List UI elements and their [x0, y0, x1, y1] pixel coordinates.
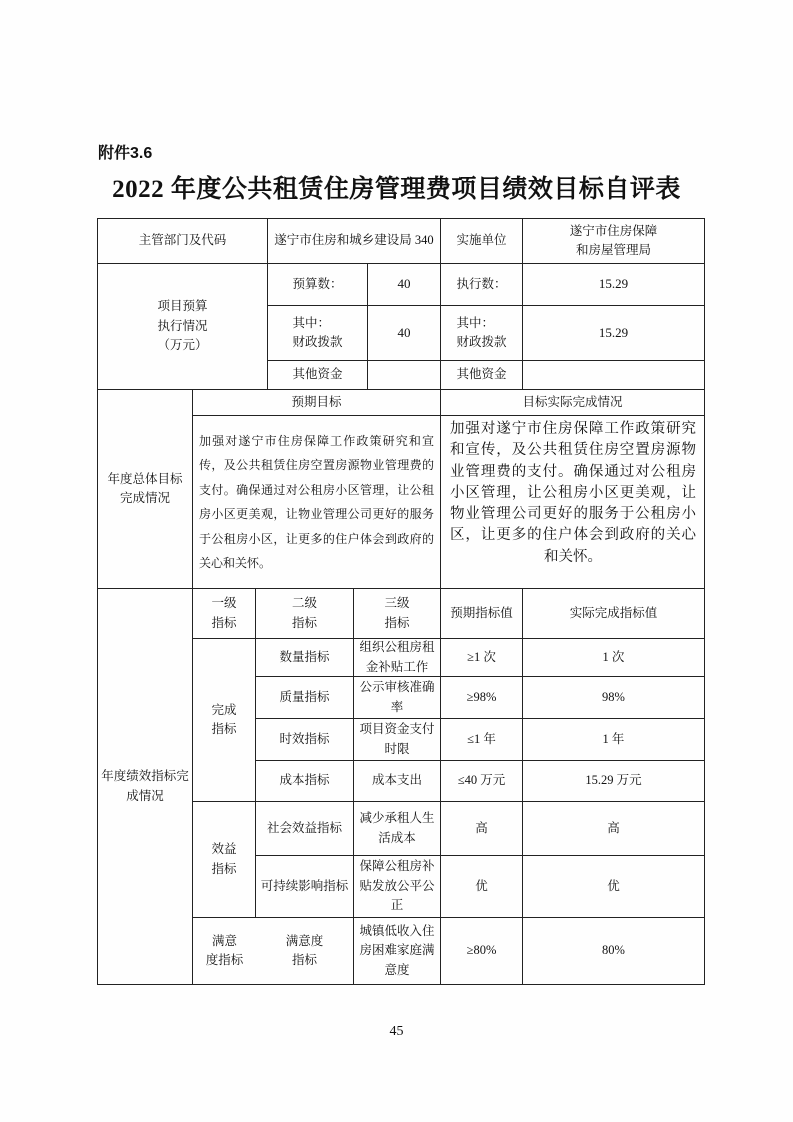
indicator-level2: 时效指标: [256, 719, 354, 761]
indicator-actual: 98%: [523, 677, 704, 719]
section-indicators: 年度绩效指标完 成情况 一级 指标 二级 指标 三级 指标 预期指标值 实际完成…: [98, 588, 704, 984]
budget-value: 40: [368, 306, 441, 361]
budget-label: 执行数：: [441, 264, 523, 306]
indicator-expected: ≥98%: [441, 677, 523, 719]
annual-goal-section-label: 年度总体目标 完成情况: [98, 390, 193, 588]
level1-group-label: 满意 度指标: [193, 918, 256, 984]
level3-header: 三级 指标: [354, 589, 441, 639]
indicator-level2: 社会效益指标: [256, 802, 354, 856]
expected-goal-header: 预期目标: [193, 390, 441, 416]
section-budget: 项目预算 执行情况 （万元） 预算数： 40 执行数： 15.29 其中： 财政…: [98, 263, 704, 389]
budget-label: 预算数：: [268, 264, 368, 306]
indicator-actual: 1 年: [523, 719, 704, 761]
section-department: 主管部门及代码 遂宁市住房和城乡建设局 340 实施单位 遂宁市住房保障 和房屋…: [98, 219, 704, 263]
indicator-level2: 数量指标: [256, 639, 354, 677]
document-page: 附件3.6 2022 年度公共租赁住房管理费项目绩效目标自评表 主管部门及代码 …: [0, 0, 793, 1122]
budget-label: 其他资金: [268, 361, 368, 389]
page-title: 2022 年度公共租赁住房管理费项目绩效目标自评表: [0, 169, 793, 205]
indicator-expected: 高: [441, 802, 523, 856]
budget-section-label: 项目预算 执行情况 （万元）: [98, 264, 268, 389]
indicator-level3: 城镇低收入住 房困难家庭满 意度: [354, 918, 441, 984]
indicator-level2: 可持续影响指标: [256, 856, 354, 918]
impl-value-cell: 遂宁市住房保障 和房屋管理局: [523, 219, 704, 263]
budget-value: [523, 361, 704, 389]
indicator-actual: 15.29 万元: [523, 761, 704, 802]
impl-label-cell: 实施单位: [441, 219, 523, 263]
attachment-label: 附件3.6: [98, 140, 152, 163]
indicator-level3: 成本支出: [354, 761, 441, 802]
indicator-level2: 成本指标: [256, 761, 354, 802]
dept-value-cell: 遂宁市住房和城乡建设局 340: [268, 219, 441, 263]
budget-label: 其中： 财政拨款: [441, 306, 523, 361]
indicator-level3: 保障公租房补 贴发放公平公 正: [354, 856, 441, 918]
dept-label-cell: 主管部门及代码: [98, 219, 268, 263]
budget-value: 15.29: [523, 306, 704, 361]
expected-value-header: 预期指标值: [441, 589, 523, 639]
evaluation-table: 主管部门及代码 遂宁市住房和城乡建设局 340 实施单位 遂宁市住房保障 和房屋…: [97, 218, 705, 985]
budget-value: 40: [368, 264, 441, 306]
actual-goal-text: 加强对遂宁市住房保障工作政策研究和宣传，及公共租赁住房空置房源物业管理费的支付。…: [441, 416, 704, 588]
actual-value-header: 实际完成指标值: [523, 589, 704, 639]
indicator-actual: 高: [523, 802, 704, 856]
indicator-expected: ≥1 次: [441, 639, 523, 677]
indicator-expected: ≥80%: [441, 918, 523, 984]
actual-goal-header: 目标实际完成情况: [441, 390, 704, 416]
budget-value: 15.29: [523, 264, 704, 306]
page-number: 45: [0, 1024, 793, 1040]
budget-label: 其中： 财政拨款: [268, 306, 368, 361]
indicator-actual: 1 次: [523, 639, 704, 677]
indicator-level2: 质量指标: [256, 677, 354, 719]
indicator-expected: 优: [441, 856, 523, 918]
indicator-level3: 减少承租人生 活成本: [354, 802, 441, 856]
section-annual-goal: 年度总体目标 完成情况 预期目标 目标实际完成情况 加强对遂宁市住房保障工作政策…: [98, 389, 704, 588]
expected-goal-text: 加强对遂宁市住房保障工作政策研究和宣传，及公共租赁住房空置房源物业管理费的支付。…: [193, 416, 441, 588]
indicator-actual: 优: [523, 856, 704, 918]
level2-header: 二级 指标: [256, 589, 354, 639]
indicator-level2: 满意度 指标: [256, 918, 354, 984]
budget-value: [368, 361, 441, 389]
indicator-level3: 组织公租房租 金补贴工作: [354, 639, 441, 677]
indicator-actual: 80%: [523, 918, 704, 984]
indicator-expected: ≤1 年: [441, 719, 523, 761]
budget-label: 其他资金: [441, 361, 523, 389]
level1-group-label: 完成 指标: [193, 639, 256, 802]
indicator-expected: ≤40 万元: [441, 761, 523, 802]
level1-header: 一级 指标: [193, 589, 256, 639]
indicator-level3: 项目资金支付 时限: [354, 719, 441, 761]
indicator-level3: 公示审核准确 率: [354, 677, 441, 719]
level1-group-label: 效益 指标: [193, 802, 256, 918]
indicators-section-label: 年度绩效指标完 成情况: [98, 589, 193, 984]
